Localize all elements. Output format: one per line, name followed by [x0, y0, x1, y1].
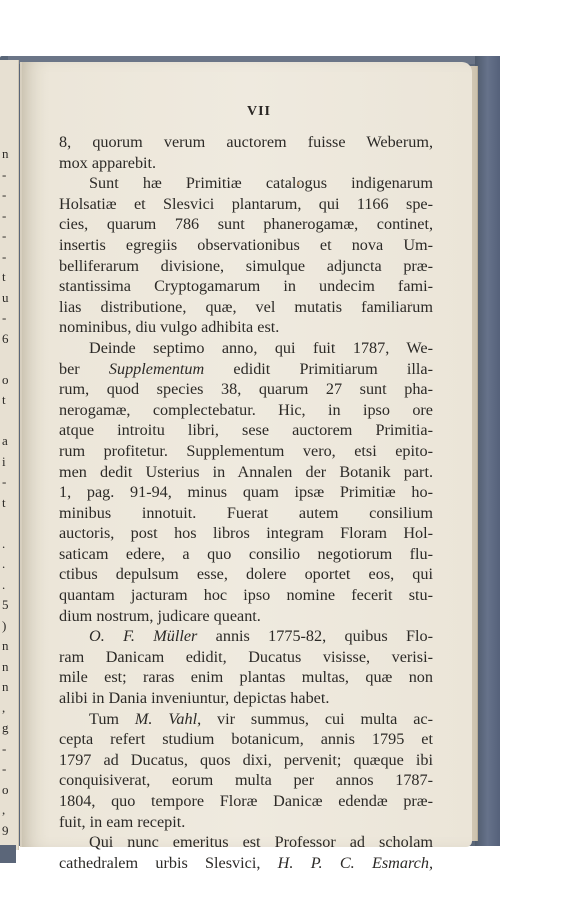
text-line: dium nostrum, judicare queant. — [59, 606, 433, 627]
facing-page-fragment: g — [2, 718, 9, 739]
foxing-spot — [410, 302, 412, 304]
foxing-spot — [297, 182, 300, 185]
facing-page-fragment: - — [2, 185, 6, 206]
text-line: O. F. Müller annis 1775-82, quibus Flo- — [59, 626, 433, 647]
facing-page-fragment: . — [2, 575, 5, 596]
gutter — [20, 62, 22, 847]
text-line: cathedralem urbis Slesvici, H. P. C. Esm… — [59, 853, 433, 874]
facing-cover-corner — [0, 845, 16, 863]
facing-page-fragment: a — [2, 431, 8, 452]
facing-page-fragment: , — [2, 800, 5, 821]
text-line: rum profitetur. Supplementum vero, etsi … — [59, 441, 433, 462]
facing-page-fragment: n — [2, 636, 9, 657]
facing-page-fragment: - — [2, 308, 6, 329]
facing-page-fragment: t — [2, 267, 6, 288]
text-line: conquisiverat, eorum multa per annos 178… — [59, 770, 433, 791]
facing-page: n-----tu-6otai-t...5)nnn,g--o,9 — [0, 60, 19, 850]
text-line: Holsatiæ et Slesvici plantarum, qui 1166… — [59, 194, 433, 215]
text-line: 1, pag. 91-94, minus quam ipsæ Primitiæ … — [59, 482, 433, 503]
text-line: 8, quorum verum auctorem fuisse Weberum, — [59, 132, 433, 153]
text-line: 1804, quo tempore Floræ Danicæ edendæ pr… — [59, 791, 433, 812]
facing-page-fragment: - — [2, 759, 6, 780]
facing-page-fragment: o — [2, 780, 9, 801]
text-line: saticam edere, a quo consilio negotiorum… — [59, 544, 433, 565]
facing-page-fragment: n — [2, 677, 9, 698]
text-line: mile est; raras enim plantas multas, quæ… — [59, 667, 433, 688]
facing-page-fragment: , — [2, 698, 5, 719]
text-line: 1797 ad Ducatus, quos dixi, pervenit; qu… — [59, 750, 433, 771]
facing-page-fragment: - — [2, 739, 6, 760]
text-line: lias distributione, quæ, vel mutatis fam… — [59, 297, 433, 318]
facing-page-fragment: . — [2, 554, 5, 575]
text-line: mox apparebit. — [59, 153, 433, 174]
facing-page-fragment: o — [2, 370, 9, 391]
text-line: cepta refert studium botanicum, annis 17… — [59, 729, 433, 750]
text-line: auctoris, post hos libros integram Flora… — [59, 523, 433, 544]
page-number: VII — [20, 104, 472, 120]
book-cover-right-edge — [475, 56, 500, 846]
text-line: Tum M. Vahl, vir summus, cui multa ac- — [59, 709, 433, 730]
facing-page-fragment: - — [2, 247, 6, 268]
text-line: ctibus depulsum esse, dolere oportet eos… — [59, 564, 433, 585]
text-line: ram Danicam edidit, Ducatus visisse, ver… — [59, 647, 433, 668]
text-line: quantam jacturam hoc ipso nomine fecerit… — [59, 585, 433, 606]
text-line: nominibus, diu vulgo adhibita est. — [59, 317, 433, 338]
facing-page-fragment: ) — [2, 616, 6, 637]
facing-page-fragment: - — [2, 472, 6, 493]
book-page: VII 8, quorum verum auctorem fuisse Webe… — [20, 62, 472, 847]
text-line: atque introitu libri, sese auctorem Prim… — [59, 420, 433, 441]
page-body-text: 8, quorum verum auctorem fuisse Weberum,… — [59, 132, 433, 873]
italic-name: M. Vahl — [135, 710, 197, 728]
facing-page-fragment: - — [2, 226, 6, 247]
facing-page-fragment: t — [2, 390, 6, 411]
text-line: insertis egregiis observationibus et nov… — [59, 235, 433, 256]
text-line: fuit, in eam recepit. — [59, 812, 433, 833]
text-line: stantissima Cryptogamarum in undecim fam… — [59, 276, 433, 297]
facing-page-fragment: n — [2, 657, 9, 678]
facing-page-fragment: u — [2, 288, 9, 309]
italic-name: Supplementum — [109, 360, 204, 378]
facing-page-fragment: t — [2, 493, 6, 514]
facing-page-fragment: i — [2, 452, 6, 473]
text-line: Qui nunc emeritus est Professor ad schol… — [59, 832, 433, 853]
italic-name: O. F. Müller — [89, 627, 197, 645]
italic-name: H. P. C. Esmarch, — [278, 854, 433, 872]
text-line: men dedit Usterius in Annalen der Botani… — [59, 462, 433, 483]
facing-page-fragment: . — [2, 534, 5, 555]
facing-page-fragment: - — [2, 206, 6, 227]
text-line: Sunt hæ Primitiæ catalogus indigenarum — [59, 173, 433, 194]
facing-page-fragment: - — [2, 165, 6, 186]
text-line: nerogamæ, complectebatur. Hic, in ipso o… — [59, 400, 433, 421]
text-line: Deinde septimo anno, qui fuit 1787, We- — [59, 338, 433, 359]
facing-page-fragment: n — [2, 144, 9, 165]
facing-page-fragment: 9 — [2, 821, 9, 842]
facing-page-fragment: 6 — [2, 329, 9, 350]
text-line: alibi in Dania inveniuntur, depictas hab… — [59, 688, 433, 709]
text-line: ber Supplementum edidit Primitiarum illa… — [59, 359, 433, 380]
text-line: rum, quod species 38, quarum 27 sunt pha… — [59, 379, 433, 400]
text-line: belliferarum divisione, simulque adjunct… — [59, 256, 433, 277]
text-line: minibus innotuit. Fuerat autem consilium — [59, 503, 433, 524]
facing-page-fragment: 5 — [2, 595, 9, 616]
text-line: cies, quarum 786 sunt phanerogamæ, conti… — [59, 214, 433, 235]
